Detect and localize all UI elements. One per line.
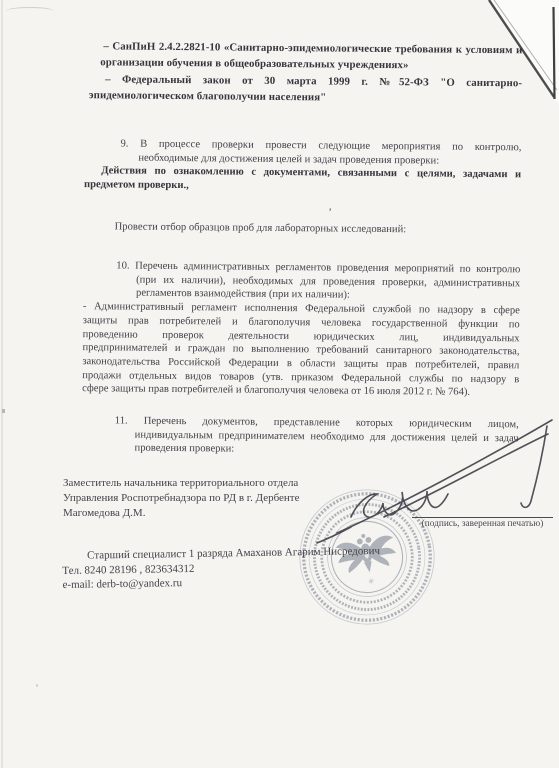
legal-references-paragraph: – СанПиН 2.4.2.2821-10 «Санитарно-эпидем… bbox=[86, 38, 523, 108]
samples-selection-line: Провести отбор образцов проб для лаборат… bbox=[115, 220, 521, 238]
scanned-document-page: – СанПиН 2.4.2.2821-10 «Санитарно-эпидем… bbox=[0, 0, 559, 768]
signature-caption: (подпись, заверенная печатью) bbox=[412, 517, 553, 529]
clause-10-paragraph: 10. Перечень административных регламенто… bbox=[82, 259, 520, 400]
contact-officer-block: Старший специалист 1 разряда Амаханов Аг… bbox=[62, 544, 393, 593]
signature-loops bbox=[351, 491, 448, 517]
signature-second-flourish bbox=[384, 434, 548, 517]
stray-comma-mark: , bbox=[329, 200, 332, 214]
clause-9-paragraph: 9. В процессе проверки провести следующи… bbox=[84, 137, 522, 196]
document-body: – СанПиН 2.4.2.2821-10 «Санитарно-эпидем… bbox=[0, 0, 559, 768]
signature-down-stroke bbox=[521, 426, 547, 507]
text-line: сфере защиты прав потребителей и благопо… bbox=[82, 382, 519, 400]
